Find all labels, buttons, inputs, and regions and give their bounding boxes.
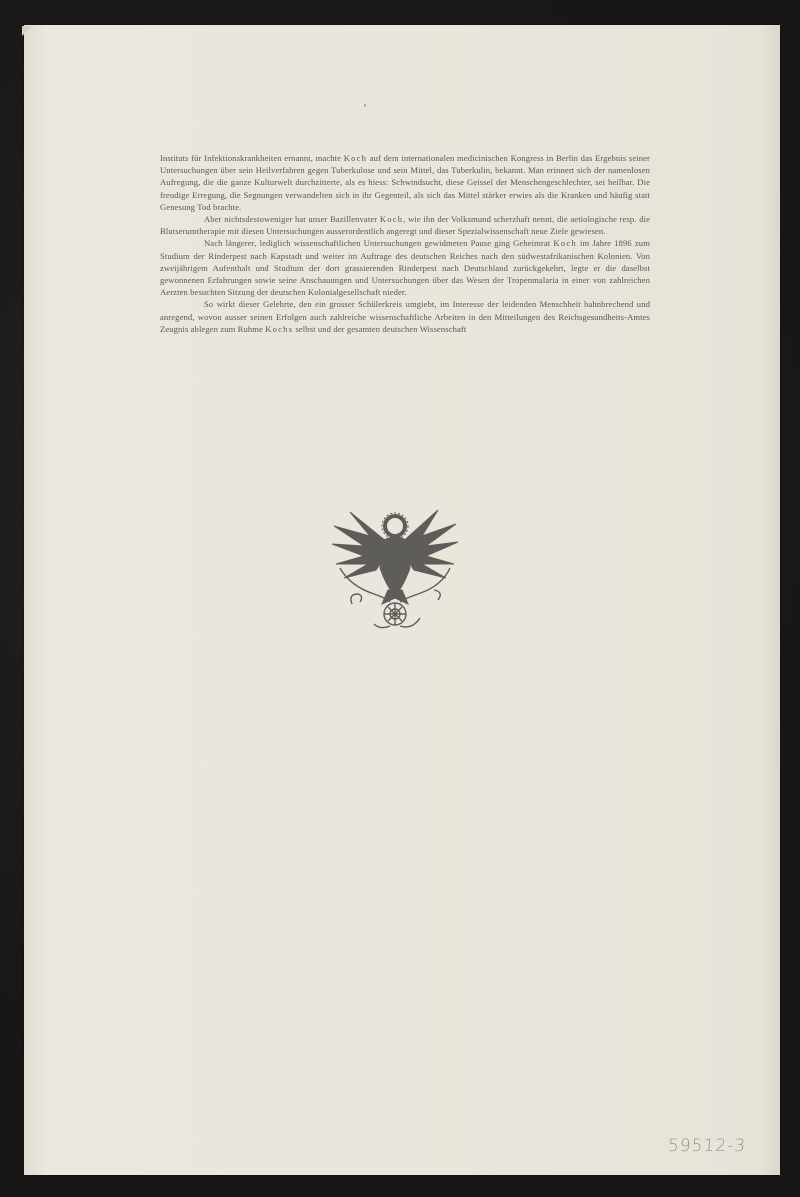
- text-run: Instituts für Infektionskrankheiten erna…: [160, 153, 344, 163]
- name-kochs: Kochs: [265, 324, 293, 334]
- eagle-vignette-icon: [330, 506, 460, 631]
- name-koch: Koch: [553, 238, 576, 248]
- name-koch: Koch: [344, 153, 367, 163]
- paper-speck: [364, 104, 366, 107]
- folded-corner: [22, 26, 32, 36]
- catalog-number: 59512-3: [667, 1136, 746, 1156]
- paragraph-4: So wirkt dieser Gelehrte, den ein grosse…: [160, 298, 650, 335]
- paragraph-3: Nach längerer, lediglich wissenschaftlic…: [160, 237, 650, 298]
- paragraph-2: Aber nichtsdestoweniger hat unser Bazill…: [160, 213, 650, 237]
- body-text: Instituts für Infektionskrankheiten erna…: [160, 152, 650, 335]
- text-run: selbst und der gesamten deutschen Wissen…: [293, 324, 466, 334]
- paragraph-1: Instituts für Infektionskrankheiten erna…: [160, 152, 650, 213]
- text-run: Nach längerer, lediglich wissenschaftlic…: [204, 238, 553, 248]
- name-koch: Koch: [380, 214, 403, 224]
- text-run: Aber nichtsdestoweniger hat unser Bazill…: [204, 214, 380, 224]
